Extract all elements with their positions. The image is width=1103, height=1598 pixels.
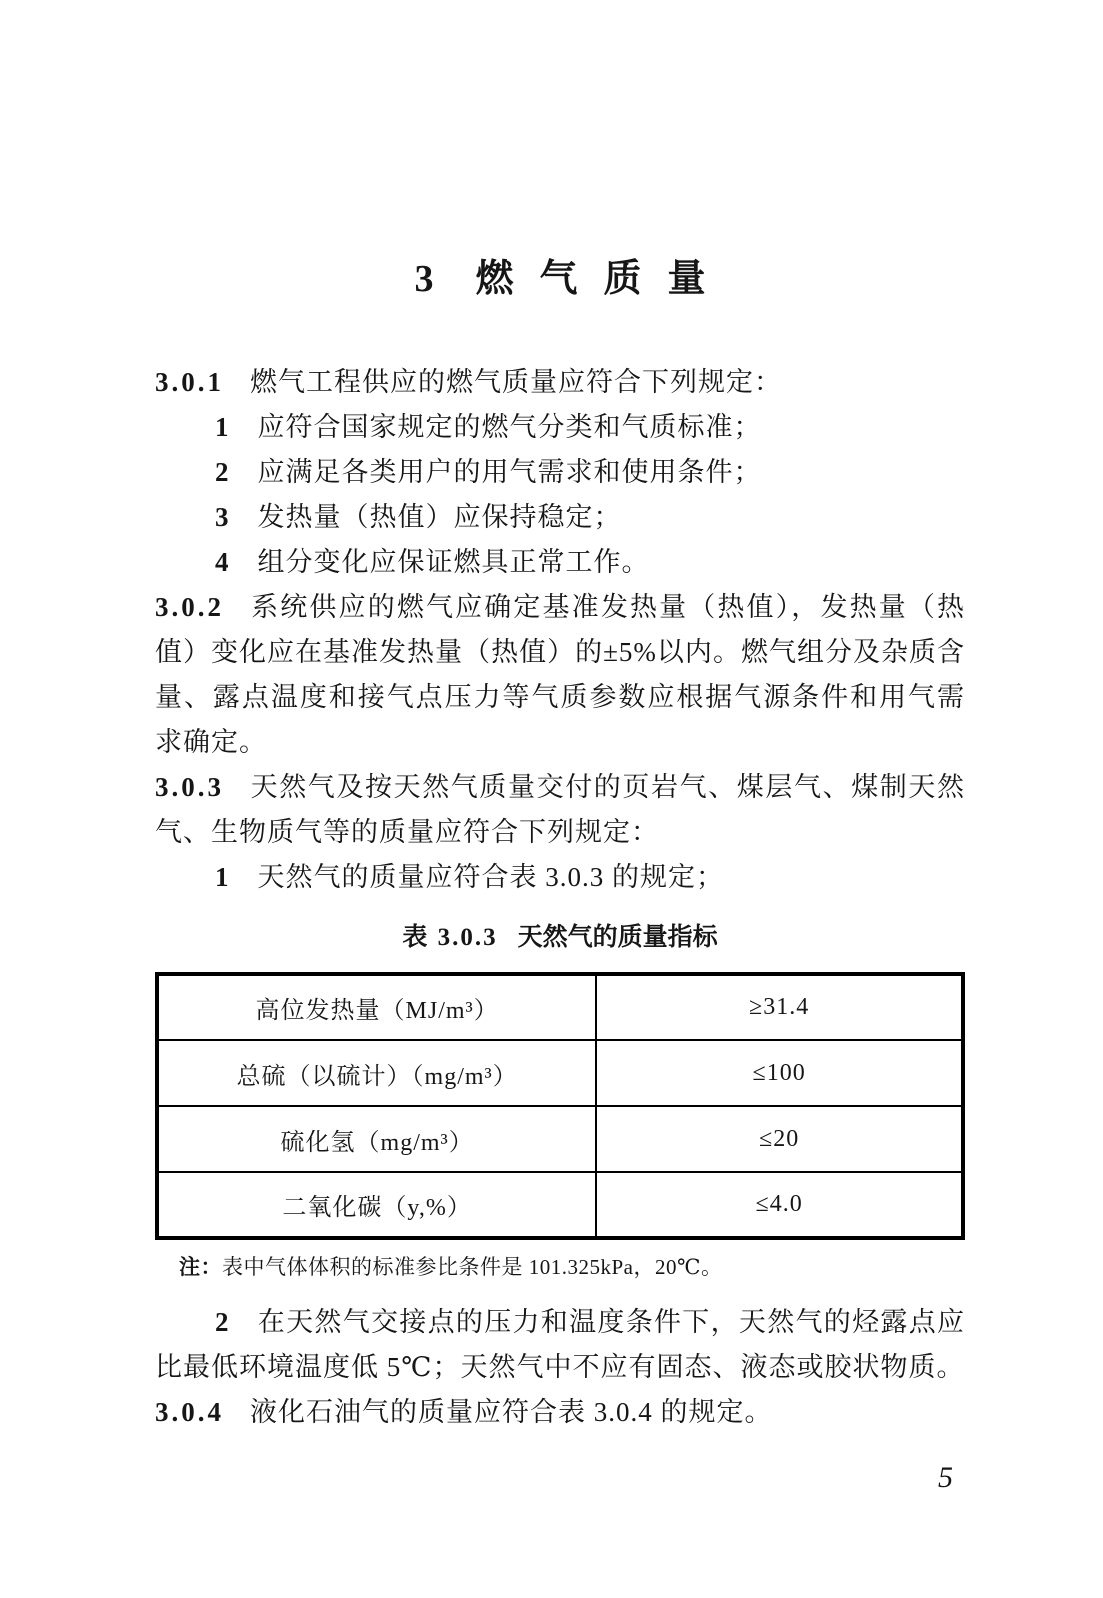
list-item-4-number: 4 xyxy=(215,547,230,577)
chapter-heading: 3燃气质量 xyxy=(155,0,965,302)
list-item-4-text: 组分变化应保证燃具正常工作。 xyxy=(258,547,650,577)
value-cell: ≥31.4 xyxy=(596,974,963,1040)
table-3-0-3-title: 表 3.0.3天然气的质量指标 xyxy=(155,918,965,958)
value-cell: ≤20 xyxy=(596,1106,963,1172)
clause-3-0-2-number: 3.0.2 xyxy=(155,592,224,622)
clause-3-0-1-text: 燃气工程供应的燃气质量应符合下列规定： xyxy=(250,367,782,397)
table-3-0-3: 高位发热量（MJ/m³） ≥31.4 总硫（以硫计）（mg/m³） ≤100 硫… xyxy=(155,972,965,1240)
table-row: 二氧化碳（y,%） ≤4.0 xyxy=(157,1172,963,1238)
table-note-label: 注： xyxy=(179,1255,222,1279)
value-cell: ≤4.0 xyxy=(596,1172,963,1238)
table-row: 总硫（以硫计）（mg/m³） ≤100 xyxy=(157,1040,963,1106)
list-item-3-number: 3 xyxy=(215,502,230,532)
param-cell: 高位发热量（MJ/m³） xyxy=(157,974,596,1040)
clause-3-0-1: 3.0.1燃气工程供应的燃气质量应符合下列规定： xyxy=(155,360,965,405)
clause-3-0-3-text: 天然气及按天然气质量交付的页岩气、煤层气、煤制天然气、生物质气等的质量应符合下列… xyxy=(155,772,965,847)
list-item-2-text: 应满足各类用户的用气需求和使用条件； xyxy=(258,457,762,487)
param-cell: 总硫（以硫计）（mg/m³） xyxy=(157,1040,596,1106)
clause-3-0-4-number: 3.0.4 xyxy=(155,1397,224,1427)
clause-3-0-3-item-2-text: 在天然气交接点的压力和温度条件下，天然气的烃露点应比最低环境温度低 5℃；天然气… xyxy=(155,1307,965,1382)
list-item-3-text: 发热量（热值）应保持稳定； xyxy=(258,502,622,532)
list-item-1-text: 应符合国家规定的燃气分类和气质标准； xyxy=(258,412,762,442)
document-page: 3燃气质量 3.0.1燃气工程供应的燃气质量应符合下列规定： 1应符合国家规定的… xyxy=(0,0,1103,1598)
clause-3-0-3-item-2: 2在天然气交接点的压力和温度条件下，天然气的烃露点应比最低环境温度低 5℃；天然… xyxy=(155,1300,965,1390)
clause-3-0-2-text: 系统供应的燃气应确定基准发热量（热值），发热量（热值）变化应在基准发热量（热值）… xyxy=(155,592,965,757)
param-cell: 硫化氢（mg/m³） xyxy=(157,1106,596,1172)
value-cell: ≤100 xyxy=(596,1040,963,1106)
clause-3-0-4-text: 液化石油气的质量应符合表 3.0.4 的规定。 xyxy=(250,1397,773,1427)
clause-3-0-3-item-2-number: 2 xyxy=(215,1307,230,1337)
clause-3-0-2: 3.0.2系统供应的燃气应确定基准发热量（热值），发热量（热值）变化应在基准发热… xyxy=(155,585,965,765)
list-item-2-number: 2 xyxy=(215,457,230,487)
table-row: 高位发热量（MJ/m³） ≥31.4 xyxy=(157,974,963,1040)
table-row: 硫化氢（mg/m³） ≤20 xyxy=(157,1106,963,1172)
clause-3-0-3: 3.0.3天然气及按天然气质量交付的页岩气、煤层气、煤制天然气、生物质气等的质量… xyxy=(155,765,965,855)
clause-3-0-3-number: 3.0.3 xyxy=(155,772,224,802)
list-item-1: 1应符合国家规定的燃气分类和气质标准； xyxy=(155,405,965,450)
table-note-text: 表中气体体积的标准参比条件是 101.325kPa，20℃。 xyxy=(222,1255,723,1279)
param-cell: 二氧化碳（y,%） xyxy=(157,1172,596,1238)
chapter-title: 燃气质量 xyxy=(475,258,731,300)
clause-3-0-3-item-1-number: 1 xyxy=(215,862,230,892)
clause-3-0-3-item-1: 1天然气的质量应符合表 3.0.3 的规定； xyxy=(155,855,965,900)
list-item-1-number: 1 xyxy=(215,412,230,442)
table-3-0-3-caption: 天然气的质量指标 xyxy=(518,924,718,951)
clause-3-0-1-number: 3.0.1 xyxy=(155,367,224,397)
clause-3-0-4: 3.0.4液化石油气的质量应符合表 3.0.4 的规定。 xyxy=(155,1390,965,1435)
page-number: 5 xyxy=(155,1461,965,1495)
list-item-3: 3发热量（热值）应保持稳定； xyxy=(155,495,965,540)
list-item-4: 4组分变化应保证燃具正常工作。 xyxy=(155,540,965,585)
table-note: 注：表中气体体积的标准参比条件是 101.325kPa，20℃。 xyxy=(155,1250,965,1284)
list-item-2: 2应满足各类用户的用气需求和使用条件； xyxy=(155,450,965,495)
table-3-0-3-label: 表 3.0.3 xyxy=(402,924,497,951)
clause-3-0-3-item-1-text: 天然气的质量应符合表 3.0.3 的规定； xyxy=(258,862,725,892)
chapter-number: 3 xyxy=(414,258,433,300)
